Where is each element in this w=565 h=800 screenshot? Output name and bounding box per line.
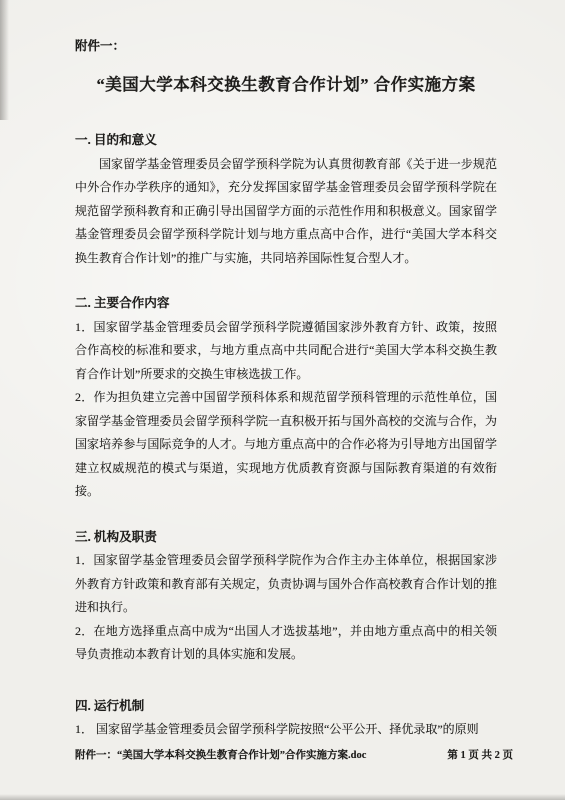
footer-filename: 附件一：“美国大学本科交换生教育合作计划”合作实施方案.doc [75,748,366,763]
section: 一. 目的和意义国家留学基金管理委员会留学预科学院为认真贯彻教育部《关于进一步规… [75,129,497,270]
section-heading: 四. 运行机制 [75,695,497,719]
document-sections: 一. 目的和意义国家留学基金管理委员会留学预科学院为认真贯彻教育部《关于进一步规… [75,129,497,742]
attachment-label: 附件一： [75,38,497,55]
section: 三. 机构及职责1．国家留学基金管理委员会留学预科学院作为合作主办主体单位，根据… [75,526,497,667]
scanned-document-page: 附件一： “美国大学本科交换生教育合作计划” 合作实施方案 一. 目的和意义国家… [0,0,565,800]
section-heading: 三. 机构及职责 [75,526,497,550]
scan-edge-shadow-topleft [0,0,9,120]
paragraph: 国家留学基金管理委员会留学预科学院为认真贯彻教育部《关于进一步规范中外合作办学秩… [75,153,497,271]
document-title: “美国大学本科交换生教育合作计划” 合作实施方案 [75,73,497,96]
paragraph: 2．在地方选择重点高中成为“出国人才选拔基地”，并由地方重点高中的相关领导负责推… [75,620,497,667]
document-content: 附件一： “美国大学本科交换生教育合作计划” 合作实施方案 一. 目的和意义国家… [75,38,497,742]
footer-page-info: 第 1 页 共 2 页 [447,748,513,763]
paragraph: 2．作为担负建立完善中国留学预科体系和规范留学预科管理的示范性单位，国家留学基金… [75,386,497,504]
paragraph: 1．国家留学基金管理委员会留学预科学院作为合作主办主体单位，根据国家涉外教育方针… [75,549,497,620]
paragraph: 1．国家留学基金管理委员会留学预科学院遵循国家涉外教育方针、政策，按照合作高校的… [75,316,497,387]
scan-edge-shadow-bottom [0,794,565,800]
section-heading: 二. 主要合作内容 [75,292,497,316]
section-heading: 一. 目的和意义 [75,129,497,153]
page-footer: 附件一：“美国大学本科交换生教育合作计划”合作实施方案.doc 第 1 页 共 … [75,748,513,763]
paragraph: 1． 国家留学基金管理委员会留学预科学院按照“公平公开、择优录取”的原则 [75,718,497,742]
section: 四. 运行机制1． 国家留学基金管理委员会留学预科学院按照“公平公开、择优录取”… [75,695,497,742]
section: 二. 主要合作内容1．国家留学基金管理委员会留学预科学院遵循国家涉外教育方针、政… [75,292,497,504]
